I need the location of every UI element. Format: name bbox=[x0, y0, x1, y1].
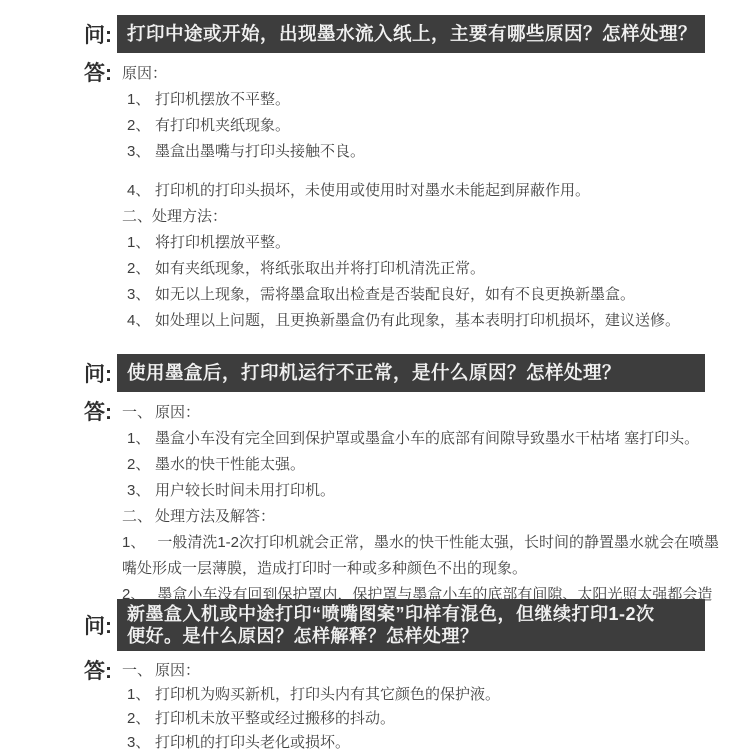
answer-content: 一、原因：1、打印机为购买新机，打印头内有其它颜色的保护液。2、打印机未放平整或… bbox=[122, 659, 722, 753]
answer-item-text: 如无以上现象，需将墨盒取出检查是否装配良好，如有不良更换新墨盒。 bbox=[155, 282, 722, 308]
answer-item-number: 2、 bbox=[127, 256, 155, 282]
qa-section: 问: 使用墨盒后，打印机运行不正常，是什么原因？怎样处理？ 答: 一、原因：1、… bbox=[0, 354, 750, 634]
answer-item-text: 一般清洗1-2次打印机就会正常，墨水的快干性能太强，长时间的静置墨水就会在喷墨嘴… bbox=[122, 534, 719, 577]
answer-item-text: 用户较长时间未用打印机。 bbox=[155, 478, 722, 504]
answer-item-text: 原因： bbox=[155, 659, 200, 683]
question-row: 问: 打印中途或开始，出现墨水流入纸上，主要有哪些原因？怎样处理？ bbox=[84, 15, 750, 53]
answer-item-number: 1、 bbox=[122, 534, 145, 551]
question-bar: 使用墨盒后，打印机运行不正常，是什么原因？怎样处理？ bbox=[117, 354, 705, 392]
question-label: 问: bbox=[84, 358, 117, 388]
question-label: 问: bbox=[84, 19, 117, 49]
answer-item-text: 如有夹纸现象，将纸张取出并将打印机清洗正常。 bbox=[155, 256, 722, 282]
answer-item-text: 墨盒出墨嘴与打印头接触不良。 bbox=[155, 139, 722, 165]
answer-item-number: 1、 bbox=[127, 426, 155, 452]
answer-item-text: 有打印机夹纸现象。 bbox=[155, 113, 722, 139]
answer-item: 3、墨盒出墨嘴与打印头接触不良。 bbox=[122, 139, 722, 165]
answer-row: 答: 一、原因：1、打印机为购买新机，打印头内有其它颜色的保护液。2、打印机未放… bbox=[84, 659, 750, 753]
answer-item-text: 打印机未放平整或经过搬移的抖动。 bbox=[155, 707, 722, 731]
answer-row: 答: 原因：1、打印机摆放不平整。2、有打印机夹纸现象。3、墨盒出墨嘴与打印头接… bbox=[84, 61, 750, 334]
answer-item: 2、有打印机夹纸现象。 bbox=[122, 113, 722, 139]
question-text-line: 使用墨盒后，打印机运行不正常，是什么原因？怎样处理？ bbox=[127, 360, 695, 386]
answer-item-text: 打印机摆放不平整。 bbox=[155, 87, 722, 113]
answer-item: 1、打印机为购买新机，打印头内有其它颜色的保护液。 bbox=[122, 683, 722, 707]
answer-item-number: 3、 bbox=[127, 282, 155, 308]
answer-item-number: 二、 bbox=[122, 504, 155, 530]
answer-item-number: 1、 bbox=[127, 87, 155, 113]
question-bar: 打印中途或开始，出现墨水流入纸上，主要有哪些原因？怎样处理？ bbox=[117, 15, 705, 53]
answer-item-number: 2、 bbox=[127, 452, 155, 478]
answer-item-number: 4、 bbox=[127, 178, 155, 204]
answer-item-text: 打印机为购买新机，打印头内有其它颜色的保护液。 bbox=[155, 683, 722, 707]
qa-section: 问: 新墨盒入机或中途打印“喷嘴图案”印样有混色，但继续打印1-2次便好。是什么… bbox=[0, 599, 750, 753]
question-row: 问: 新墨盒入机或中途打印“喷嘴图案”印样有混色，但继续打印1-2次便好。是什么… bbox=[84, 599, 750, 651]
answer-item-number: 2、 bbox=[127, 707, 155, 731]
answer-content: 原因：1、打印机摆放不平整。2、有打印机夹纸现象。3、墨盒出墨嘴与打印头接触不良… bbox=[122, 61, 722, 334]
answer-item-number: 3、 bbox=[127, 139, 155, 165]
answer-item-number: 4、 bbox=[127, 308, 155, 334]
question-text-line: 打印中途或开始，出现墨水流入纸上，主要有哪些原因？怎样处理？ bbox=[127, 21, 695, 47]
answer-item-text: 原因： bbox=[155, 400, 200, 426]
answer-item-text: 墨水的快干性能太强。 bbox=[155, 452, 722, 478]
answer-label: 答: bbox=[84, 659, 117, 685]
answer-item: 3、打印机的打印头老化或损坏。 bbox=[122, 731, 722, 753]
answer-item-text: 如处理以上问题，且更换新墨盒仍有此现象，基本表明打印机损坏，建议送修。 bbox=[155, 308, 722, 334]
answer-item: 1、打印机摆放不平整。 bbox=[122, 87, 722, 113]
answer-section-heading: 原因： bbox=[122, 61, 722, 87]
answer-section-heading: 二、处理方法： bbox=[122, 204, 722, 230]
answer-item-text: 打印机的打印头老化或损坏。 bbox=[155, 731, 722, 753]
answer-item-number: 一、 bbox=[122, 659, 155, 683]
answer-item-text: 处理方法及解答： bbox=[155, 504, 275, 530]
answer-item-text: 原因： bbox=[122, 65, 167, 82]
answer-item: 1、一般清洗1-2次打印机就会正常，墨水的快干性能太强，长时间的静置墨水就会在喷… bbox=[122, 530, 722, 582]
answer-item: 3、用户较长时间未用打印机。 bbox=[122, 478, 722, 504]
answer-item-number: 2、 bbox=[127, 113, 155, 139]
answer-item: 4、打印机的打印头损坏，未使用或使用时对墨水未能起到屏蔽作用。 bbox=[122, 178, 722, 204]
question-bar: 新墨盒入机或中途打印“喷嘴图案”印样有混色，但继续打印1-2次便好。是什么原因？… bbox=[117, 599, 705, 651]
answer-item: 2、墨水的快干性能太强。 bbox=[122, 452, 722, 478]
answer-section-heading: 一、原因： bbox=[122, 400, 722, 426]
answer-item-number: 1、 bbox=[127, 683, 155, 707]
answer-item-number: 3、 bbox=[127, 478, 155, 504]
question-label: 问: bbox=[84, 610, 117, 640]
faq-page: 问: 打印中途或开始，出现墨水流入纸上，主要有哪些原因？怎样处理？ 答: 原因：… bbox=[0, 0, 750, 753]
answer-item: 2、如有夹纸现象，将纸张取出并将打印机清洗正常。 bbox=[122, 256, 722, 282]
answer-item: 4、如处理以上问题，且更换新墨盒仍有此现象，基本表明打印机损坏，建议送修。 bbox=[122, 308, 722, 334]
answer-label: 答: bbox=[84, 61, 117, 87]
answer-item: 2、打印机未放平整或经过搬移的抖动。 bbox=[122, 707, 722, 731]
answer-item-text: 墨盒小车没有完全回到保护罩或墨盒小车的底部有间隙导致墨水干枯堵 塞打印头。 bbox=[155, 426, 722, 452]
answer-label: 答: bbox=[84, 400, 117, 426]
question-text-line: 便好。是什么原因？怎样解释？怎样处理？ bbox=[127, 625, 695, 647]
answer-item-number: 一、 bbox=[122, 400, 155, 426]
question-text-line: 新墨盒入机或中途打印“喷嘴图案”印样有混色，但继续打印1-2次 bbox=[127, 603, 695, 625]
answer-item-text: 二、处理方法： bbox=[122, 208, 227, 225]
question-row: 问: 使用墨盒后，打印机运行不正常，是什么原因？怎样处理？ bbox=[84, 354, 750, 392]
answer-item: 1、墨盒小车没有完全回到保护罩或墨盒小车的底部有间隙导致墨水干枯堵 塞打印头。 bbox=[122, 426, 722, 452]
answer-item-text: 将打印机摆放平整。 bbox=[155, 230, 722, 256]
answer-section-heading: 二、处理方法及解答： bbox=[122, 504, 722, 530]
answer-item-number: 1、 bbox=[127, 230, 155, 256]
answer-section-heading: 一、原因： bbox=[122, 659, 722, 683]
answer-item-text: 打印机的打印头损坏，未使用或使用时对墨水未能起到屏蔽作用。 bbox=[155, 178, 722, 204]
answer-item: 3、如无以上现象，需将墨盒取出检查是否装配良好，如有不良更换新墨盒。 bbox=[122, 282, 722, 308]
qa-section: 问: 打印中途或开始，出现墨水流入纸上，主要有哪些原因？怎样处理？ 答: 原因：… bbox=[0, 15, 750, 334]
answer-item: 1、将打印机摆放平整。 bbox=[122, 230, 722, 256]
answer-item-number: 3、 bbox=[127, 731, 155, 753]
